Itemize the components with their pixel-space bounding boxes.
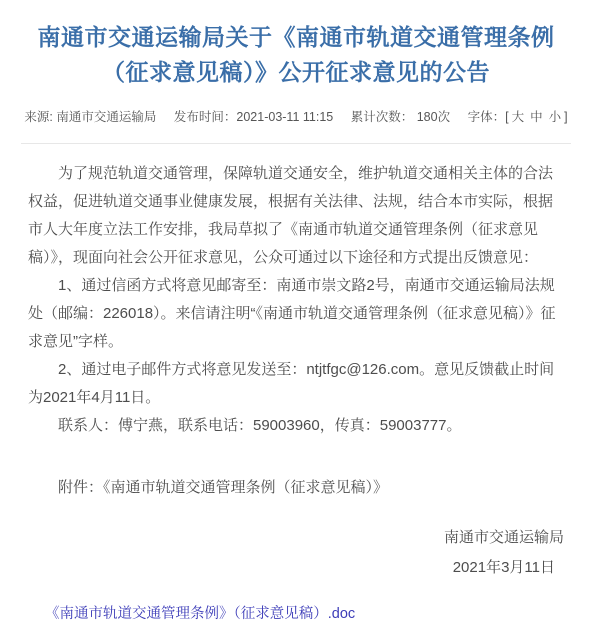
attachment-doc-link[interactable]: 《南通市轨道交通管理条例》（征求意见稿）.doc: [45, 606, 355, 622]
font-size-large-button[interactable]: 大: [512, 110, 525, 124]
font-size-small-button[interactable]: 小: [549, 110, 562, 124]
meta-source: 来源: 南通市交通运输局: [24, 110, 156, 124]
signature-block: 南通市交通运输局 2021年3月11日: [28, 524, 566, 584]
body-paragraph: 为了规范轨道交通管理，保障轨道交通安全，维护轨道交通相关主体的合法权益，促进轨道…: [28, 160, 566, 272]
page-title-line1: 南通市交通运输局关于《南通市轨道交通管理条例: [38, 24, 555, 50]
body-paragraph: 联系人：傅宁燕，联系电话：59003960，传真：59003777。: [28, 412, 566, 440]
meta-font-size-control: 字体：[大中小]: [468, 110, 568, 124]
meta-source-label: 来源:: [24, 110, 52, 124]
body-paragraph: 1、通过信函方式将意见邮寄至：南通市崇文路2号，南通市交通运输局法规处（邮编：2…: [28, 272, 566, 356]
meta-views-value: 180次: [417, 110, 450, 124]
article-body: 为了规范轨道交通管理，保障轨道交通安全，维护轨道交通相关主体的合法权益，促进轨道…: [0, 144, 592, 584]
page-title: 南通市交通运输局关于《南通市轨道交通管理条例 （征求意见稿）》公开征求意见的公告: [26, 20, 566, 90]
attachment-line: 附件：《南通市轨道交通管理条例（征求意见稿）》: [28, 474, 566, 502]
meta-publish-label: 发布时间：: [174, 110, 237, 124]
attachment-link-row: 《南通市轨道交通管理条例》（征求意见稿）.doc: [45, 604, 592, 624]
font-size-medium-button[interactable]: 中: [530, 110, 543, 124]
meta-views-label: 累计次数：: [351, 110, 414, 124]
signature-date: 2021年3月11日: [28, 552, 564, 584]
paragraph-container: 为了规范轨道交通管理，保障轨道交通安全，维护轨道交通相关主体的合法权益，促进轨道…: [28, 160, 566, 440]
meta-publish-value: 2021-03-11 11:15: [236, 110, 333, 124]
bracket-open: [: [505, 110, 508, 124]
signature-org: 南通市交通运输局: [28, 524, 564, 552]
meta-font-label: 字体：: [468, 110, 506, 124]
page-title-line2: （征求意见稿）》公开征求意见的公告: [102, 59, 490, 85]
bracket-close: ]: [564, 110, 567, 124]
article-meta-bar: 来源: 南通市交通运输局 发布时间：2021-03-11 11:15 累计次数：…: [0, 109, 592, 126]
meta-publish-time: 发布时间：2021-03-11 11:15: [174, 110, 333, 124]
meta-view-count: 累计次数： 180次: [351, 110, 450, 124]
meta-source-value: 南通市交通运输局: [56, 110, 156, 124]
body-paragraph: 2、通过电子邮件方式将意见发送至：ntjtfgc@126.com。意见反馈截止时…: [28, 356, 566, 412]
